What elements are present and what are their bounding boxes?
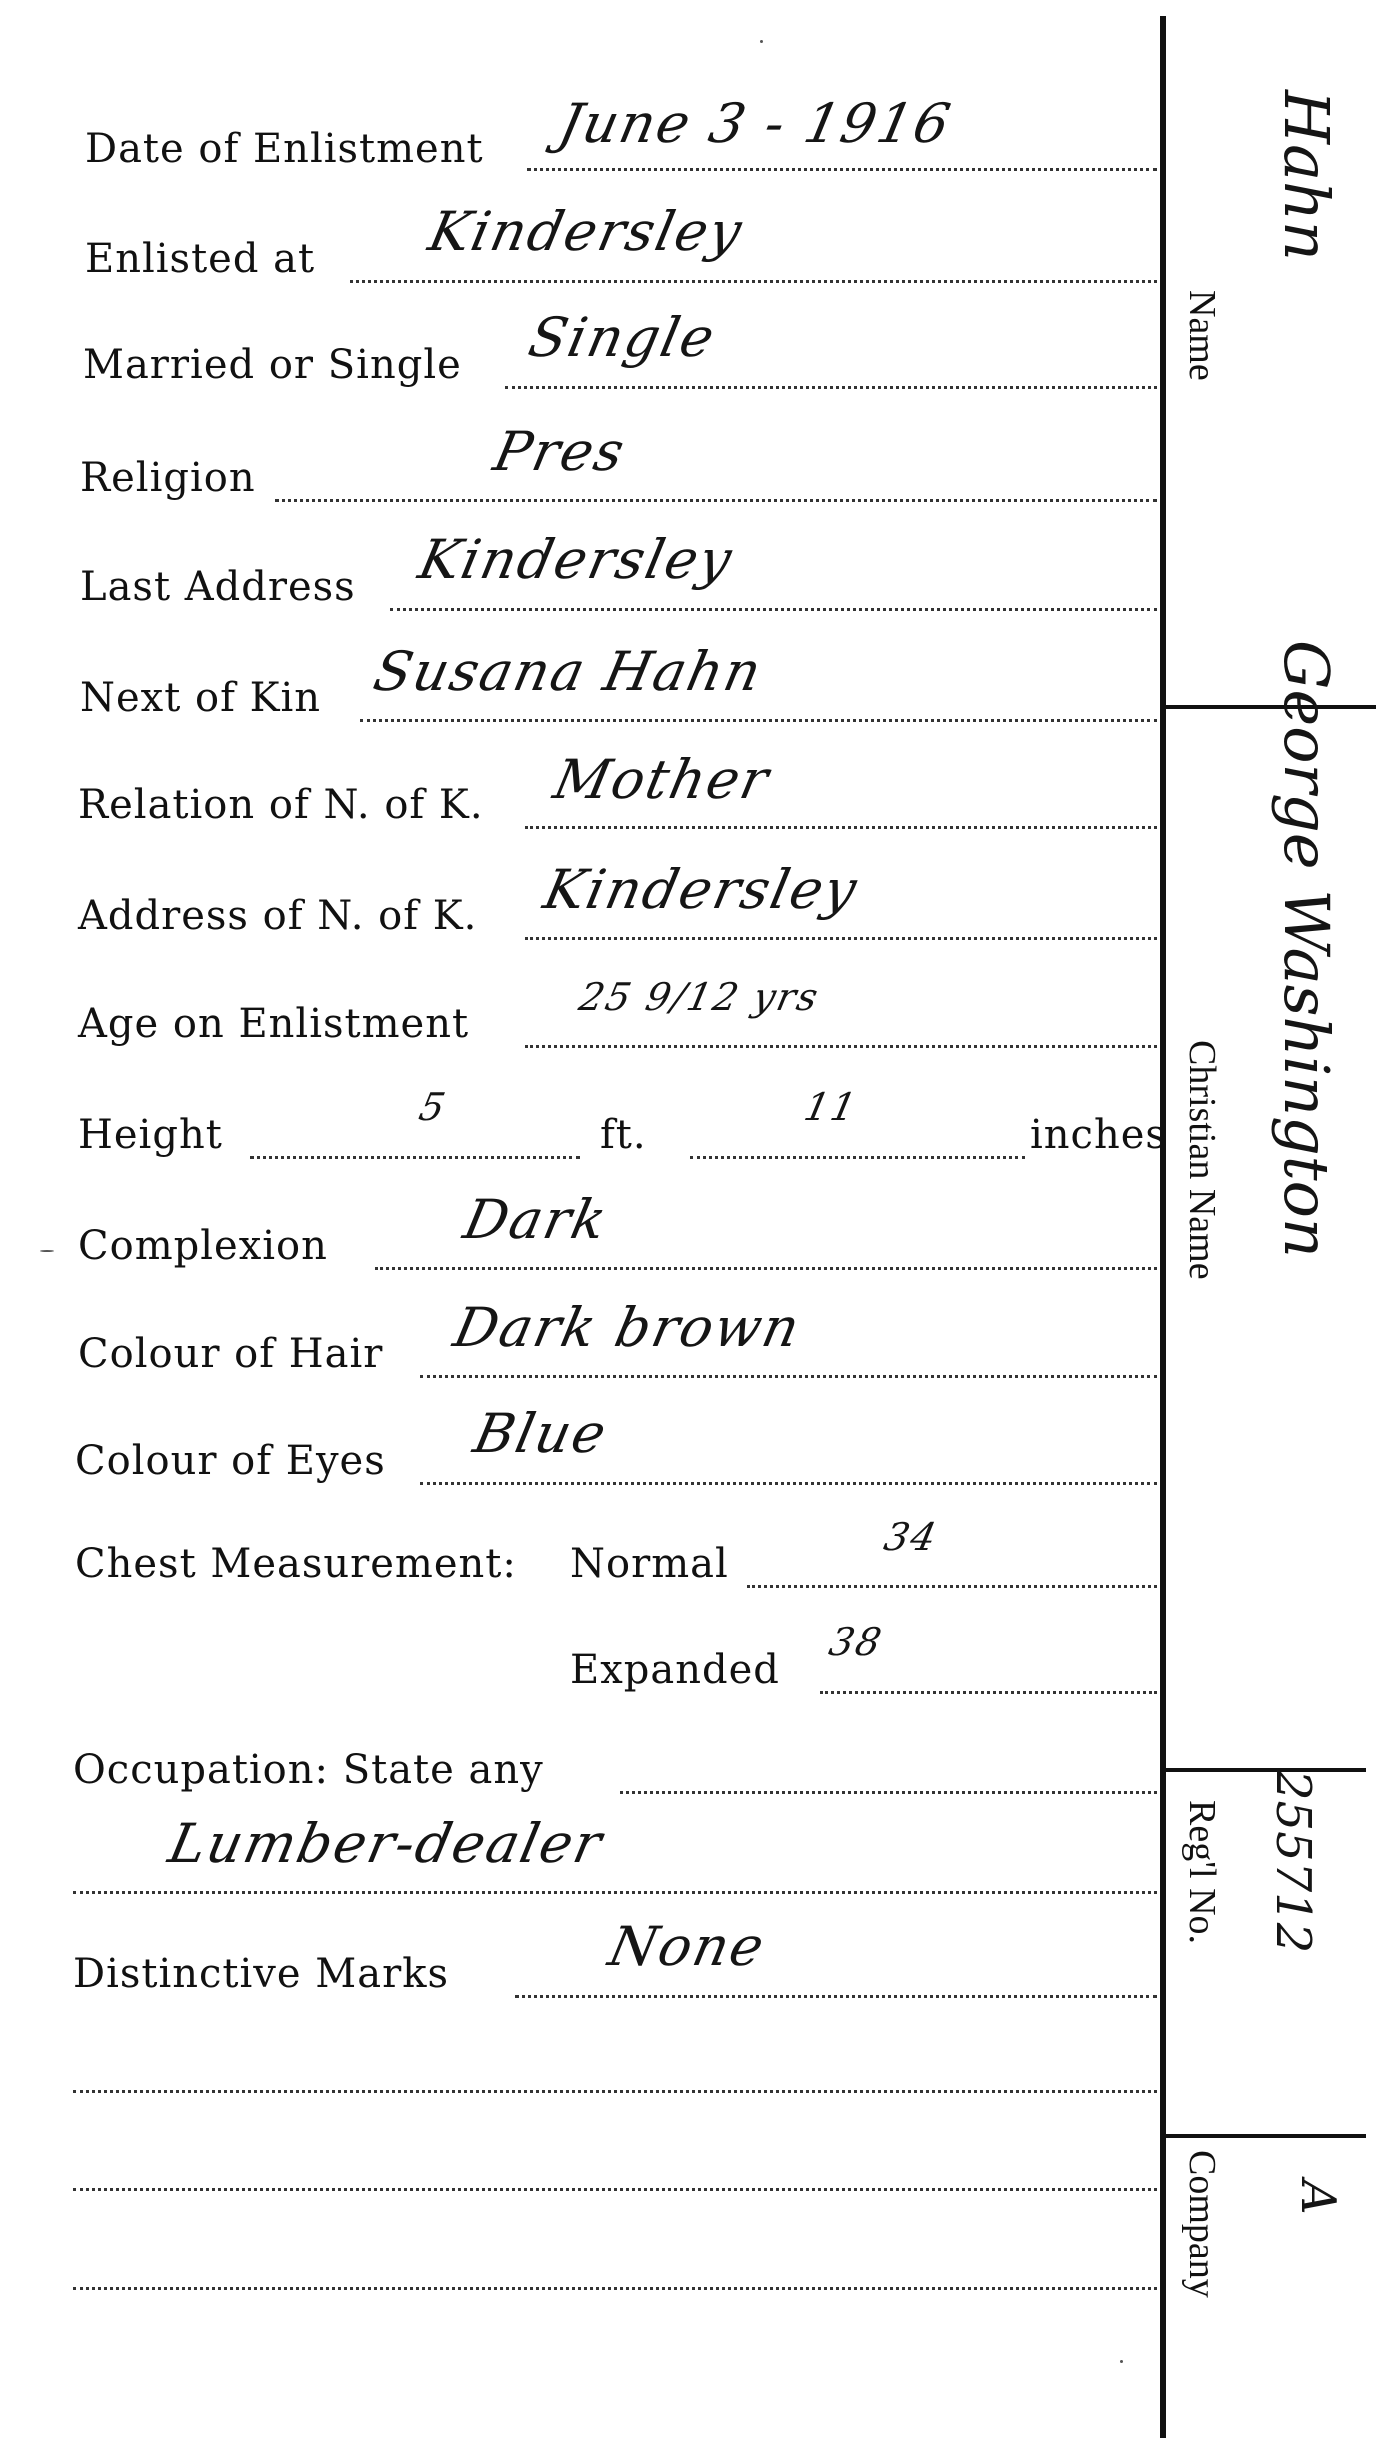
- scan-speck: [40, 1250, 54, 1252]
- hair-colour-line: [420, 1375, 1157, 1378]
- regl-no-label: Reg'l No.: [1180, 1800, 1224, 1944]
- married-or-single-label: Married or Single: [83, 342, 462, 388]
- religion-line: [275, 499, 1157, 502]
- chest-normal-line: [747, 1585, 1157, 1588]
- eye-colour-label: Colour of Eyes: [75, 1438, 386, 1484]
- name-label: Name: [1180, 290, 1224, 381]
- name-value: Hahn: [1270, 90, 1343, 261]
- chest-normal-value: 34: [880, 1515, 942, 1559]
- regl-no-section-divider: [1166, 2134, 1366, 2138]
- next-of-kin-value: Susana Hahn: [368, 640, 768, 703]
- age-label: Age on Enlistment: [78, 1001, 469, 1047]
- complexion-label: Complexion: [78, 1223, 328, 1269]
- scan-speck: [760, 40, 763, 43]
- religion-value: Pres: [488, 420, 631, 483]
- relation-label: Relation of N. of K.: [78, 782, 484, 828]
- last-address-value: Kindersley: [413, 528, 739, 591]
- age-value: 25 9/12 yrs: [575, 975, 823, 1019]
- regl-no-value: 255712: [1265, 1770, 1321, 1953]
- married-or-single-value: Single: [523, 306, 721, 369]
- height-inches-value: 11: [800, 1085, 862, 1129]
- sidebar-divider: [1160, 16, 1166, 2438]
- occupation-value-line: [73, 1891, 1157, 1894]
- married-or-single-line: [505, 386, 1157, 389]
- company-value: A: [1290, 2180, 1346, 2215]
- height-feet-unit: ft.: [600, 1112, 647, 1158]
- chest-expanded-value: 38: [825, 1620, 887, 1664]
- chest-expanded-label: Expanded: [570, 1647, 780, 1693]
- christian-name-label: Christian Name: [1180, 1040, 1224, 1280]
- date-of-enlistment-value: June 3 - 1916: [553, 92, 957, 155]
- enlisted-at-label: Enlisted at: [85, 236, 315, 282]
- hair-colour-value: Dark brown: [448, 1296, 806, 1359]
- scan-speck: [1120, 2360, 1123, 2363]
- enlisted-at-value: Kindersley: [423, 200, 749, 263]
- occupation-label: Occupation: State any: [73, 1747, 544, 1793]
- height-feet-value: 5: [415, 1085, 451, 1129]
- distinctive-marks-line: [515, 1995, 1157, 1998]
- distinctive-marks-value: None: [603, 1915, 771, 1978]
- christian-name-value: George Washington: [1270, 640, 1343, 1258]
- age-line: [525, 1045, 1157, 1048]
- date-of-enlistment-label: Date of Enlistment: [85, 126, 484, 172]
- address-nok-label: Address of N. of K.: [78, 893, 477, 939]
- eye-colour-value: Blue: [468, 1402, 613, 1465]
- eye-colour-line: [420, 1482, 1157, 1485]
- complexion-line: [375, 1267, 1157, 1270]
- height-label: Height: [78, 1112, 223, 1158]
- address-nok-value: Kindersley: [538, 858, 864, 921]
- company-label: Company: [1180, 2150, 1224, 2298]
- occupation-value: Lumber-dealer: [163, 1812, 609, 1875]
- address-nok-line: [525, 937, 1157, 940]
- complexion-value: Dark: [458, 1188, 613, 1251]
- occupation-line: [620, 1791, 1157, 1794]
- next-of-kin-label: Next of Kin: [80, 675, 321, 721]
- blank-line: [73, 2188, 1157, 2191]
- blank-line: [73, 2090, 1157, 2093]
- religion-label: Religion: [80, 455, 256, 501]
- last-address-label: Last Address: [80, 564, 356, 610]
- blank-line: [73, 2287, 1157, 2290]
- hair-colour-label: Colour of Hair: [78, 1331, 383, 1377]
- enlisted-at-line: [350, 280, 1157, 283]
- next-of-kin-line: [360, 719, 1157, 722]
- chest-measurement-label: Chest Measurement:: [75, 1541, 517, 1587]
- height-inches-line: [690, 1156, 1025, 1159]
- height-inches-unit: inches: [1030, 1112, 1167, 1158]
- height-feet-line: [250, 1156, 580, 1159]
- chest-normal-label: Normal: [570, 1541, 729, 1587]
- date-of-enlistment-line: [527, 168, 1157, 171]
- chest-expanded-line: [820, 1691, 1157, 1694]
- last-address-line: [390, 608, 1157, 611]
- relation-line: [525, 826, 1157, 829]
- relation-value: Mother: [548, 748, 775, 811]
- distinctive-marks-label: Distinctive Marks: [73, 1951, 449, 1997]
